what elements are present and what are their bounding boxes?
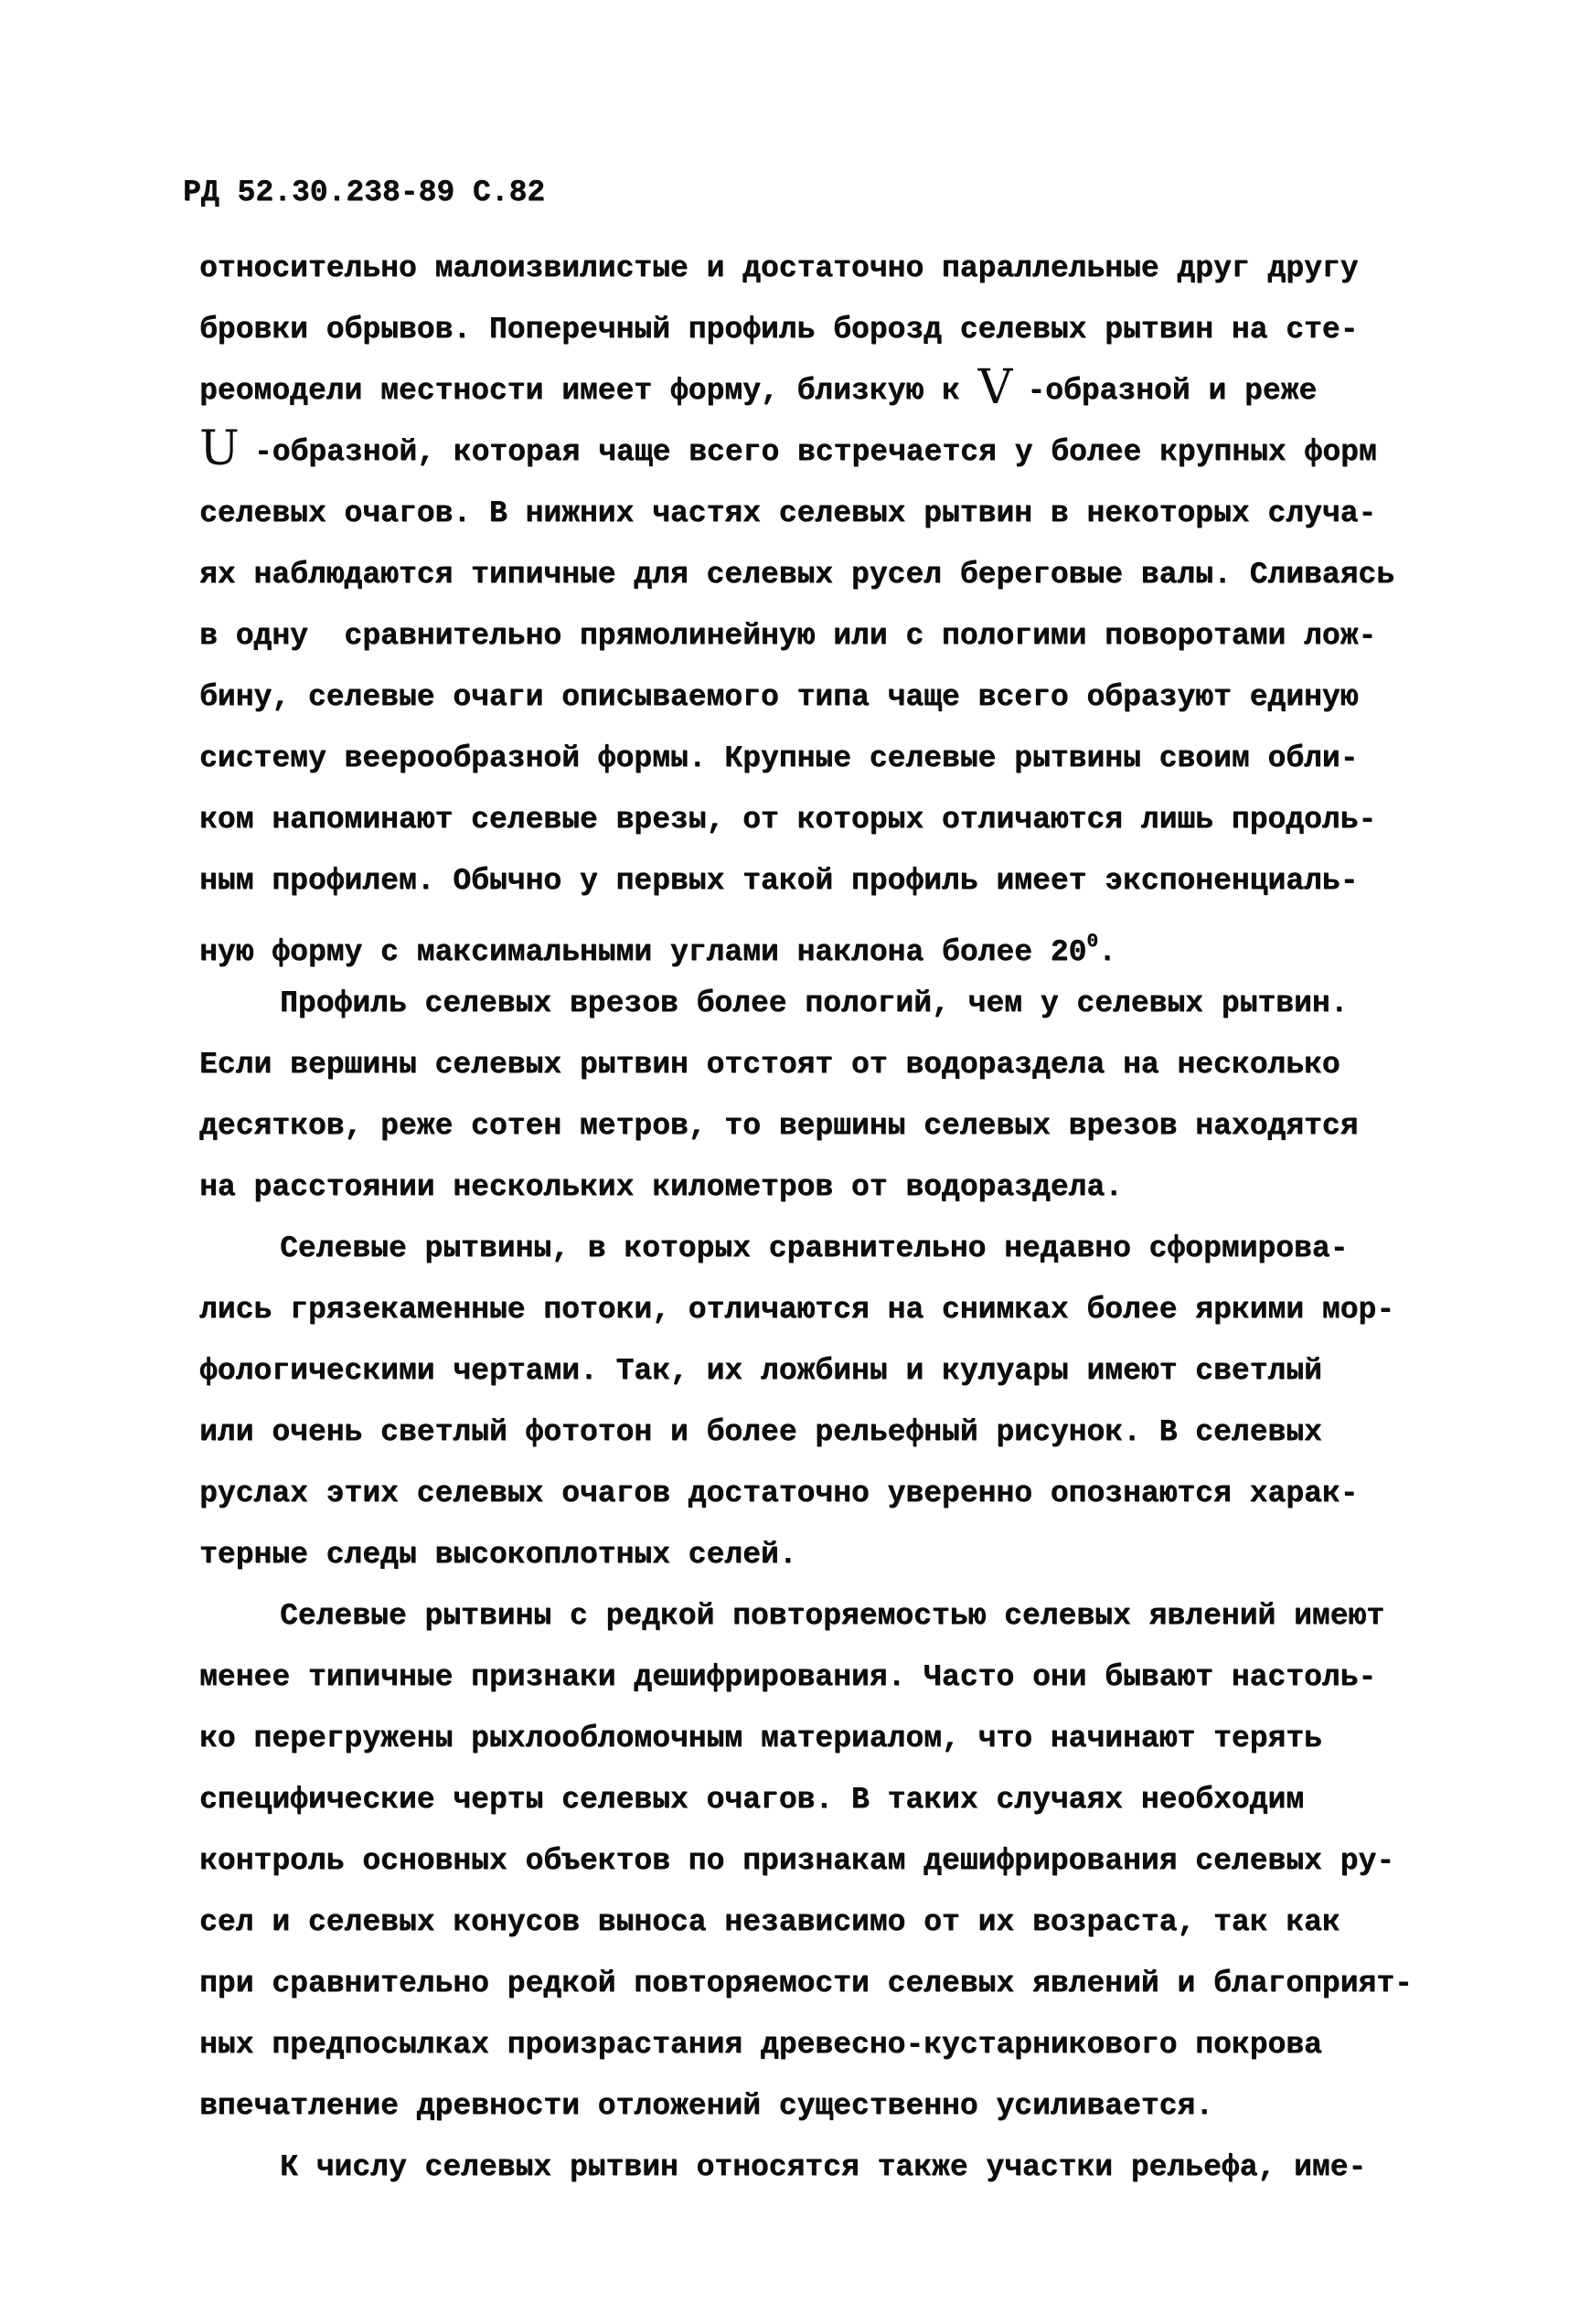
- text-line: терные следы высокоплотных селей.: [199, 1524, 1479, 1585]
- text-segment: .: [1098, 935, 1116, 969]
- text-line: реомодели местности имеет форму, близкую…: [199, 360, 1479, 421]
- text-line: сел и селевых конусов выноса независимо …: [199, 1892, 1479, 1953]
- text-line: контроль основных объектов по признакам …: [199, 1830, 1479, 1892]
- text-line: U-образной, которая чаще всего встречает…: [199, 421, 1479, 483]
- text-line: бину, селевые очаги описываемого типа ча…: [199, 666, 1479, 728]
- text-line: при сравнительно редкой повторяемости се…: [199, 1953, 1479, 2014]
- text-line: Профиль селевых врезов более пологий, че…: [199, 973, 1479, 1034]
- text-line: менее типичные признаки дешифрирования. …: [199, 1647, 1479, 1708]
- text-line: бровки обрывов. Поперечный профиль бороз…: [199, 299, 1479, 360]
- text-line: относительно малоизвилистые и достаточно…: [199, 238, 1479, 299]
- superscript-degree-zero: 0: [1086, 932, 1098, 953]
- text-line: специфические черты селевых очагов. В та…: [199, 1769, 1479, 1830]
- text-line: К числу селевых рытвин относятся также у…: [199, 2137, 1479, 2198]
- text-line: Селевые рытвины, в которых сравнительно …: [199, 1218, 1479, 1279]
- text-line: ком напоминают селевые врезы, от которых…: [199, 789, 1479, 850]
- text-line: ную форму с максимальными углами наклона…: [199, 911, 1479, 973]
- text-segment: реомодели местности имеет форму, близкую…: [199, 374, 960, 408]
- text-line: впечатление древности отложений существе…: [199, 2075, 1479, 2137]
- text-line: десятков, реже сотен метров, то вершины …: [199, 1095, 1479, 1157]
- document-page: { "doc": { "header": "РД 52.30.238-89 С.…: [0, 0, 1569, 2324]
- text-line: ных предпосылках произрастания древесно-…: [199, 2014, 1479, 2075]
- document-code-and-page-number: РД 52.30.238-89 С.82: [183, 176, 545, 209]
- scanned-page-background: РД 52.30.238-89 С.82 относительно малоиз…: [0, 0, 1569, 2324]
- text-line: ях наблюдаются типичные для селевых русе…: [199, 544, 1479, 605]
- text-line: в одну сравнительно прямолинейную или с …: [199, 605, 1479, 666]
- text-line: фологическими чертами. Так, их ложбины и…: [199, 1340, 1479, 1402]
- text-line: систему веерообразной формы. Крупные сел…: [199, 728, 1479, 789]
- text-line: ко перегружены рыхлообломочным материало…: [199, 1708, 1479, 1769]
- text-line: ным профилем. Обычно у первых такой проф…: [199, 850, 1479, 911]
- text-segment: -образной, которая чаще всего встречаетс…: [254, 435, 1377, 469]
- text-line: лись грязекаменные потоки, отличаются на…: [199, 1279, 1479, 1340]
- v-shape-glyph: V: [978, 360, 1013, 415]
- text-line: на расстоянии нескольких километров от в…: [199, 1157, 1479, 1218]
- text-line: Если вершины селевых рытвин отстоят от в…: [199, 1034, 1479, 1095]
- text-segment: -образной и реже: [1027, 374, 1317, 408]
- text-segment: ную форму с максимальными углами наклона…: [199, 935, 1086, 969]
- document-body-text: относительно малоизвилистые и достаточно…: [199, 238, 1479, 2198]
- text-line: или очень светлый фототон и более рельеф…: [199, 1402, 1479, 1463]
- text-line: Селевые рытвины с редкой повторяемостью …: [199, 1585, 1479, 1647]
- u-shape-glyph: U: [199, 421, 240, 476]
- text-line: селевых очагов. В нижних частях селевых …: [199, 483, 1479, 544]
- text-line: руслах этих селевых очагов достаточно ув…: [199, 1463, 1479, 1524]
